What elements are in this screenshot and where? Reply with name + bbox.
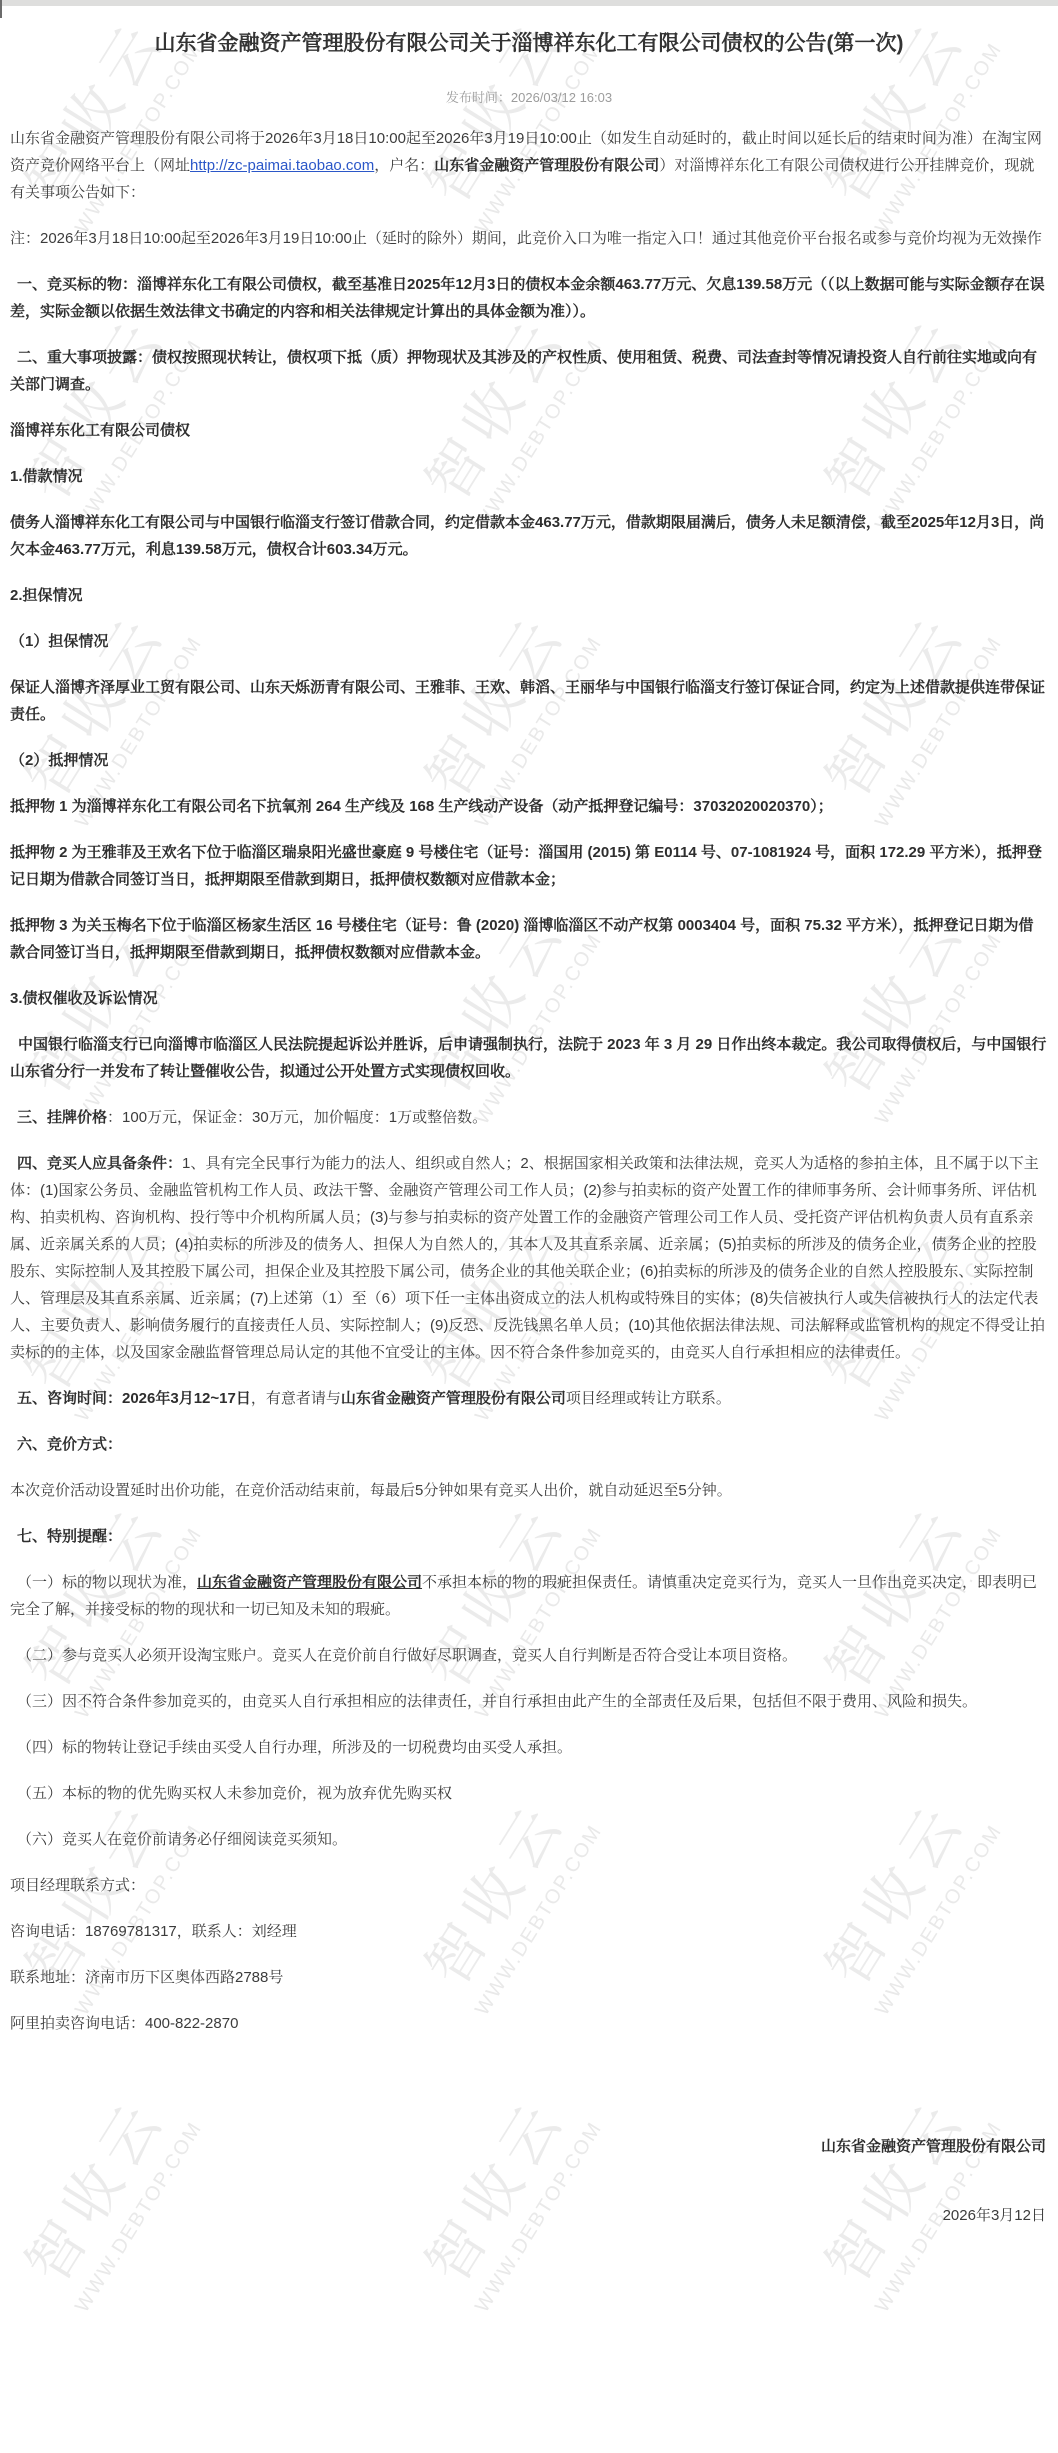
signature-date: 2026年3月12日 [0,2204,1058,2225]
listing-price-label: 三、挂牌价格 [17,1109,107,1126]
collateral-1: 抵押物 1 为淄博祥东化工有限公司名下抗氧剂 264 生产线及 168 生产线动… [10,793,1048,820]
reminder-item-1: （一）标的物以现状为准，山东省金融资产管理股份有限公司不承担本标的物的瑕疵担保责… [10,1569,1048,1623]
signature-company: 山东省金融资产管理股份有限公司 [0,2135,1058,2156]
reminder-item-6: （六）竞买人在竞价前请务必仔细阅读竞买须知。 [10,1826,1048,1853]
guarantee-sub1-heading: （1）担保情况 [10,628,1048,655]
auction-platform-link[interactable]: http://zc-paimai.taobao.com [190,157,374,174]
contact-phone: 咨询电话：18769781317，联系人：刘经理 [10,1918,1048,1945]
reminder-item-4: （四）标的物转让登记手续由买受人自行办理，所涉及的一切税费均由买受人承担。 [10,1734,1048,1761]
note-paragraph: 注：2026年3月18日10:00起至2026年3月19日10:00止（延时的除… [10,225,1048,252]
reminder-item-3: （三）因不符合条件参加竞买的，由竞买人自行承担相应的法律责任，并自行承担由此产生… [10,1688,1048,1715]
contact-ali-phone: 阿里拍卖咨询电话：400-822-2870 [10,2010,1048,2037]
contact-address: 联系地址：济南市历下区奥体西路2788号 [10,1964,1048,1991]
reminder-item-1-company: 山东省金融资产管理股份有限公司 [197,1574,422,1591]
reminder-item-2: （二）参与竞买人必须开设淘宝账户。竞买人在竞价前自行做好尽职调查，竞买人自行判断… [10,1642,1048,1669]
section-target-object: 一、竞买标的物：淄博祥东化工有限公司债权，截至基准日2025年12月3日的债权本… [10,271,1048,325]
consult-mid: ，有意者请与 [251,1390,341,1407]
section-major-disclosure: 二、重大事项披露：债权按照现状转让，债权项下抵（质）押物现状及其涉及的产权性质、… [10,344,1048,398]
bidding-method-body: 本次竞价活动设置延时出价功能，在竞价活动结束前，每最后5分钟如果有竞买人出价，就… [10,1477,1048,1504]
intro-paragraph: 山东省金融资产管理股份有限公司将于2026年3月18日10:00起至2026年3… [10,125,1048,206]
section-listing-price: 三、挂牌价格：100万元，保证金：30万元，加价幅度：1万或整倍数。 [10,1104,1048,1131]
section-special-reminder-heading: 七、特别提醒： [10,1523,1048,1550]
consult-company: 山东省金融资产管理股份有限公司 [341,1390,566,1407]
collateral-3: 抵押物 3 为关玉梅名下位于临淄区杨家生活区 16 号楼住宅（证号：鲁 (202… [10,912,1048,966]
announcement-document: 山东省金融资产管理股份有限公司关于淄博祥东化工有限公司债权的公告(第一次) 发布… [0,0,1058,2225]
contact-heading: 项目经理联系方式： [10,1872,1048,1899]
section-consult-time: 五、咨询时间：2026年3月12~17日，有意者请与山东省金融资产管理股份有限公… [10,1385,1048,1412]
guarantee-sub1-body: 保证人淄博齐泽厚业工贸有限公司、山东天烁沥青有限公司、王雅菲、王欢、韩滔、王丽华… [10,674,1048,728]
consult-post: 项目经理或转让方联系。 [566,1390,731,1407]
screen-edge-artifact [0,0,2,18]
intro-text-mid: ，户名： [374,157,434,174]
reminder-item-1-pre: （一）标的物以现状为准， [17,1574,197,1591]
debt-subject-title: 淄博祥东化工有限公司债权 [10,417,1048,444]
page-title: 山东省金融资产管理股份有限公司关于淄博祥东化工有限公司债权的公告(第一次) [0,0,1058,57]
publish-time-value: 2026/03/12 16:03 [511,90,612,105]
guarantee-heading: 2.担保情况 [10,582,1048,609]
section-bidding-method-heading: 六、竞价方式： [10,1431,1048,1458]
loan-heading: 1.借款情况 [10,463,1048,490]
publish-time-label: 发布时间： [446,90,511,105]
buyer-conditions-label: 四、竞买人应具备条件： [17,1155,182,1172]
account-name: 山东省金融资产管理股份有限公司 [434,157,659,174]
publish-time: 发布时间：2026/03/12 16:03 [0,87,1058,106]
buyer-conditions-body: 1、具有完全民事行为能力的法人、组织或自然人；2、根据国家相关政策和法律法规，竞… [10,1155,1045,1361]
loan-body: 债务人淄博祥东化工有限公司与中国银行临淄支行签订借款合同，约定借款本金463.7… [10,509,1048,563]
guarantee-sub2-heading: （2）抵押情况 [10,747,1048,774]
litigation-heading: 3.债权催收及诉讼情况 [10,985,1048,1012]
listing-price-body: ：100万元，保证金：30万元，加价幅度：1万或整倍数。 [107,1109,487,1126]
section-buyer-conditions: 四、竞买人应具备条件：1、具有完全民事行为能力的法人、组织或自然人；2、根据国家… [10,1150,1048,1366]
consult-time-label: 五、咨询时间：2026年3月12~17日 [17,1390,251,1407]
reminder-item-5: （五）本标的物的优先购买权人未参加竞价，视为放弃优先购买权 [10,1780,1048,1807]
top-edge-bar [0,0,1058,6]
collateral-2: 抵押物 2 为王雅菲及王欢名下位于临淄区瑞泉阳光盛世豪庭 9 号楼住宅（证号：淄… [10,839,1048,893]
litigation-body: 中国银行临淄支行已向淄博市临淄区人民法院提起诉讼并胜诉，后申请强制执行，法院于 … [10,1031,1048,1085]
document-body: 山东省金融资产管理股份有限公司将于2026年3月18日10:00起至2026年3… [0,125,1058,2037]
